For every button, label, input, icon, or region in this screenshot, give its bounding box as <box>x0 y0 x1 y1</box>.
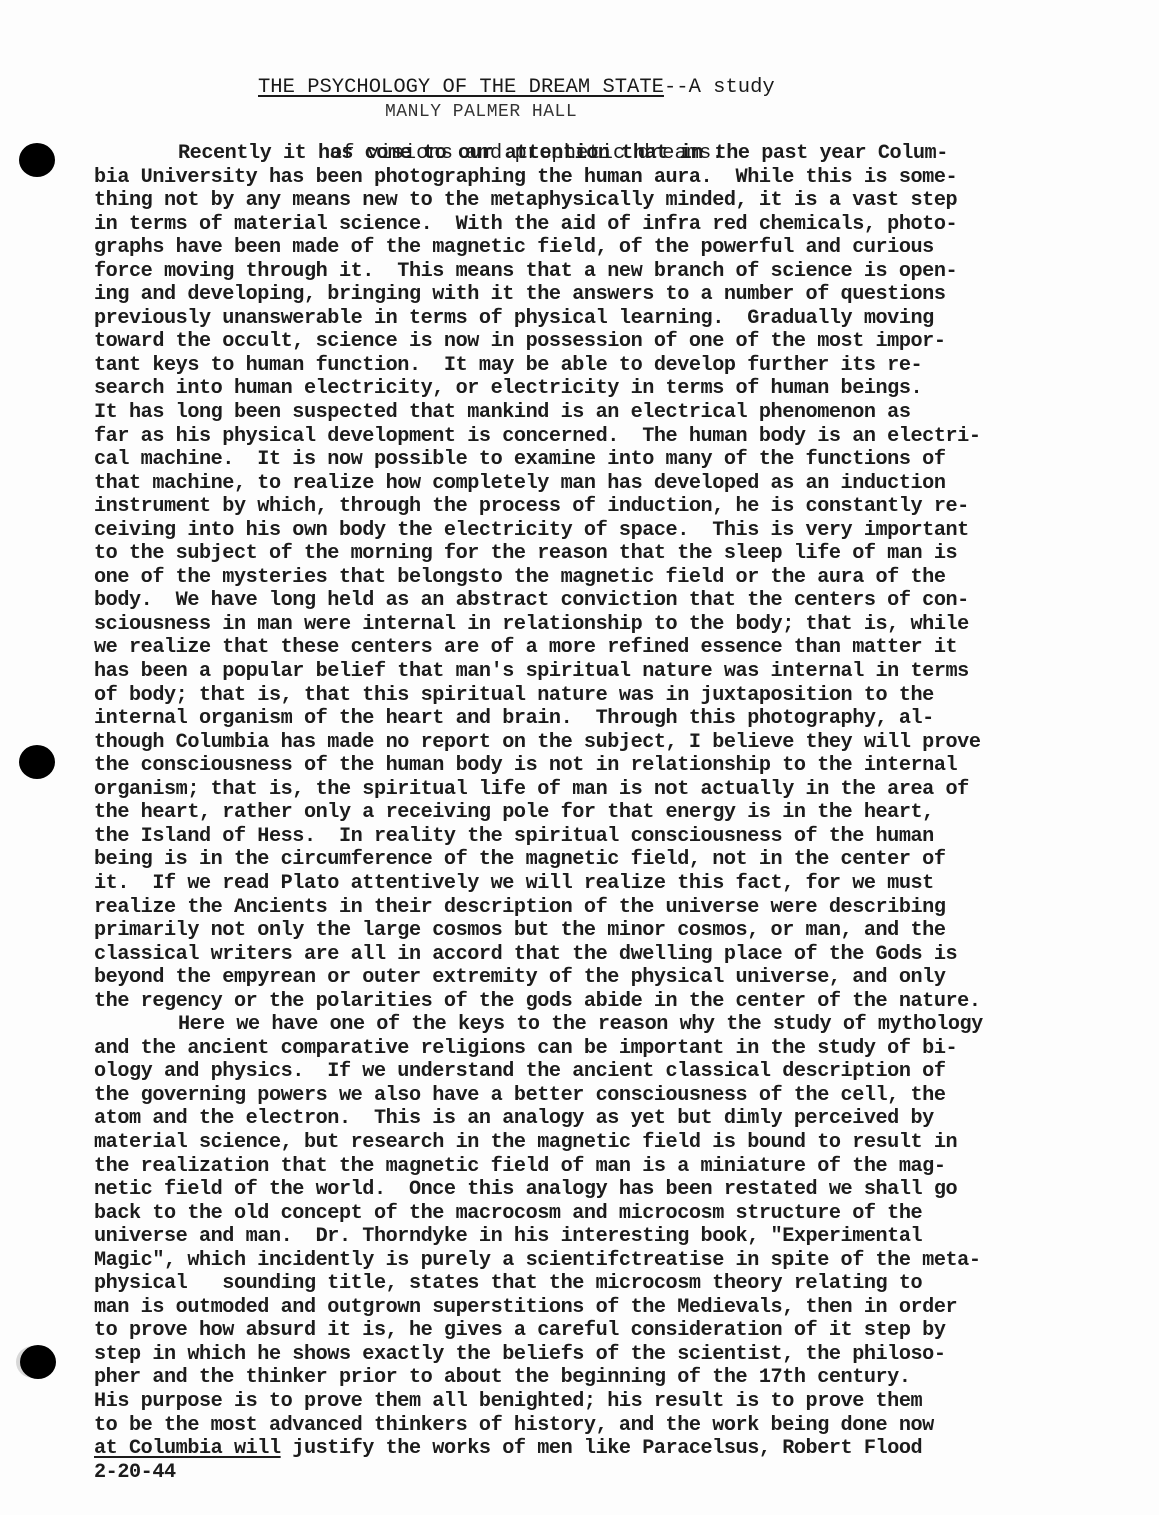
document-date: 2-20-44 <box>94 1461 1154 1485</box>
text-line: we realize that these centers are of a m… <box>94 636 1154 660</box>
text-line: the Island of Hess. In reality the spiri… <box>94 825 1154 849</box>
text-line: though Columbia has made no report on th… <box>94 731 1154 755</box>
text-line: sciousness in man were internal in relat… <box>94 613 1154 637</box>
text-line: atom and the electron. This is an analog… <box>94 1107 1154 1131</box>
text-line: man is outmoded and outgrown superstitio… <box>94 1296 1154 1320</box>
text-line: being is in the circumference of the mag… <box>94 848 1154 872</box>
text-line: previously unanswerable in terms of phys… <box>94 307 1154 331</box>
text-line: that machine, to realize how completely … <box>94 472 1154 496</box>
text-line: netic field of the world. Once this anal… <box>94 1178 1154 1202</box>
text-line: the heart, rather only a receiving pole … <box>94 801 1154 825</box>
text-line: universe and man. Dr. Thorndyke in his i… <box>94 1225 1154 1249</box>
text-line: ing and developing, bringing with it the… <box>94 283 1154 307</box>
text-line: pher and the thinker prior to about the … <box>94 1366 1154 1390</box>
text-line: graphs have been made of the magnetic fi… <box>94 236 1154 260</box>
text-line: ology and physics. If we understand the … <box>94 1060 1154 1084</box>
author-name: MANLY PALMER HALL <box>385 102 577 122</box>
text-line: bia University has been photographing th… <box>94 166 1154 190</box>
text-line: search into human electricity, or electr… <box>94 377 1154 401</box>
text-line: His purpose is to prove them all benight… <box>94 1390 1154 1414</box>
text-line: classical writers are all in accord that… <box>94 943 1154 967</box>
title-underlined: THE PSYCHOLOGY OF THE DREAM STATE <box>258 76 664 99</box>
text-line: realize the Ancients in their descriptio… <box>94 896 1154 920</box>
text-line: the realization that the magnetic field … <box>94 1155 1154 1179</box>
text-line: the regency or the polarities of the god… <box>94 990 1154 1014</box>
title-rest: --A study <box>664 76 775 99</box>
text-line: back to the old concept of the macrocosm… <box>94 1202 1154 1226</box>
text-line: primarily not only the large cosmos but … <box>94 919 1154 943</box>
text-line: It has long been suspected that mankind … <box>94 401 1154 425</box>
text-line: tant keys to human function. It may be a… <box>94 354 1154 378</box>
text-line: step in which he shows exactly the belie… <box>94 1343 1154 1367</box>
text-line: material science, but research in the ma… <box>94 1131 1154 1155</box>
text-line-last: at Columbia will justify the works of me… <box>94 1437 1154 1461</box>
text-line: beyond the empyrean or outer extremity o… <box>94 966 1154 990</box>
punch-hole-middle <box>19 745 55 779</box>
text-line: it. If we read Plato attentively we will… <box>94 872 1154 896</box>
text-line: cal machine. It is now possible to exami… <box>94 448 1154 472</box>
text-line: to prove how absurd it is, he gives a ca… <box>94 1319 1154 1343</box>
punch-hole-bottom <box>20 1345 56 1379</box>
underlined-phrase: at Columbia will <box>94 1437 281 1460</box>
text-line: Here we have one of the keys to the reas… <box>94 1013 1154 1037</box>
text-line: of body; that is, that this spiritual na… <box>94 684 1154 708</box>
text-line: force moving through it. This means that… <box>94 260 1154 284</box>
text-line: in terms of material science. With the a… <box>94 213 1154 237</box>
title-line: THE PSYCHOLOGY OF THE DREAM STATE--A stu… <box>258 77 878 99</box>
text-line: organism; that is, the spiritual life of… <box>94 778 1154 802</box>
text-line: thing not by any means new to the metaph… <box>94 189 1154 213</box>
text-line: body. We have long held as an abstract c… <box>94 589 1154 613</box>
text-line: instrument by which, through the process… <box>94 495 1154 519</box>
text-line: far as his physical development is conce… <box>94 425 1154 449</box>
text-line: the governing powers we also have a bett… <box>94 1084 1154 1108</box>
text-line: one of the mysteries that belongsto the … <box>94 566 1154 590</box>
text-line: to the subject of the morning for the re… <box>94 542 1154 566</box>
document-page: THE PSYCHOLOGY OF THE DREAM STATE--A stu… <box>0 0 1159 1515</box>
last-line-rest: justify the works of men like Paracelsus… <box>281 1437 923 1460</box>
text-line: physical sounding title, states that the… <box>94 1272 1154 1296</box>
text-line: internal organism of the heart and brain… <box>94 707 1154 731</box>
text-line: the consciousness of the human body is n… <box>94 754 1154 778</box>
text-line: and the ancient comparative religions ca… <box>94 1037 1154 1061</box>
text-line: Recently it has come to our attention th… <box>94 142 1154 166</box>
punch-hole-top <box>19 143 55 177</box>
text-line: has been a popular belief that man's spi… <box>94 660 1154 684</box>
body-text: Recently it has come to our attention th… <box>94 142 1154 1484</box>
text-line: ceiving into his own body the electricit… <box>94 519 1154 543</box>
text-line: Magic", which incidently is purely a sci… <box>94 1249 1154 1273</box>
text-line: to be the most advanced thinkers of hist… <box>94 1414 1154 1438</box>
text-line: toward the occult, science is now in pos… <box>94 330 1154 354</box>
